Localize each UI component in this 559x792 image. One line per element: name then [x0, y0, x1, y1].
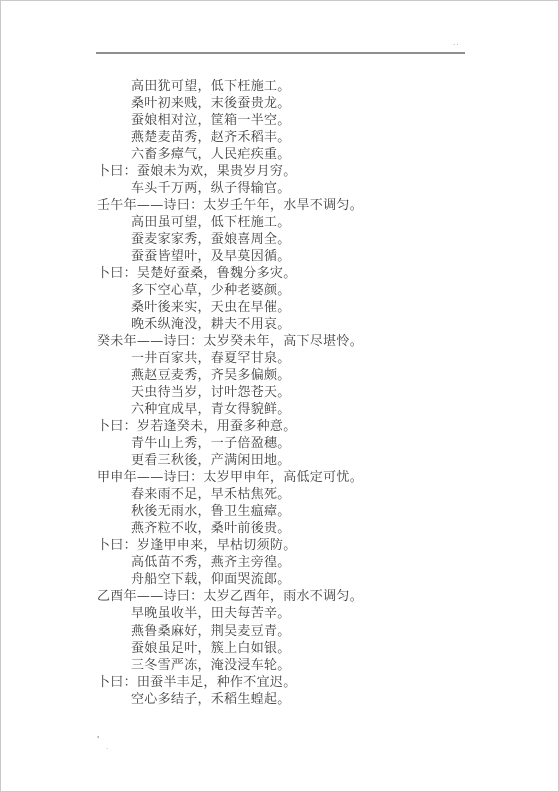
poem-line: 卜曰：吴楚好蚕桑，鲁魏分多灾。	[1, 265, 558, 282]
poem-line: 蚕麦家家秀，蚕娘喜周全。	[1, 231, 558, 248]
poem-line: 卜曰：田蚕半丰足，种作不宜迟。	[1, 674, 558, 691]
poem-line: 高田虽可望，低下枉施工。	[1, 214, 558, 231]
footer-mark: '	[97, 735, 99, 744]
poem-line: 车头千万两，纵子得输官。	[1, 180, 558, 197]
poem-line: 更看三秋後，产满闲田地。	[1, 452, 558, 469]
poem-line: 高田犹可望，低下枉施工。	[1, 78, 558, 95]
poem-line: 甲申年——诗曰：太岁甲申年，高低定可忧。	[1, 469, 558, 486]
header-page-mark: ..	[453, 39, 459, 47]
poem-line: 早晚虽收半，田夫每苦辛。	[1, 605, 558, 622]
poem-line: 卜曰：岁逢甲申来，早枯切须防。	[1, 537, 558, 554]
poem-line: 六种宜成早，青女得貌鲜。	[1, 401, 558, 418]
poem-line: 三冬雪严冻，淹没浸车轮。	[1, 657, 558, 674]
poem-line: 卜曰：蚕娘未为欢，果贵岁月穷。	[1, 163, 558, 180]
poem-line: 青牛山上秀，一子倍盈穗。	[1, 435, 558, 452]
poem-line: 蚕娘相对泣，筐箱一半空。	[1, 112, 558, 129]
poem-line: 空心多结子，禾稻生蝗起。	[1, 691, 558, 708]
poem-line: 蚕蚕皆望叶，及早莫因循。	[1, 248, 558, 265]
poem-line: 秋後无雨水，鲁卫生瘟瘴。	[1, 503, 558, 520]
poem-line: 燕楚麦苗秀，赵齐禾稻丰。	[1, 129, 558, 146]
poem-line: 蚕娘虽足叶，簇上白如银。	[1, 640, 558, 657]
poem-line: 燕齐粒不收，桑叶前後贵。	[1, 520, 558, 537]
poem-line: 六畜多瘴气，人民疟疾重。	[1, 146, 558, 163]
poem-line: 高低苗不秀，燕齐主旁徨。	[1, 554, 558, 571]
poem-line: 卜曰：岁若逢癸未，用蚕多种意。	[1, 418, 558, 435]
poem-line: 癸未年——诗曰：太岁癸未年，高下尽堪怜。	[1, 333, 558, 350]
poem-line: 桑叶後来实，天虫在早催。	[1, 299, 558, 316]
document-page: .. 高田犹可望，低下枉施工。桑叶初来贱，末後蚕贵龙。蚕娘相对泣，筐箱一半空。燕…	[0, 0, 559, 792]
poem-line: 晚禾纵淹没，耕夫不用哀。	[1, 316, 558, 333]
poem-line: 一井百家共，春夏罕甘泉。	[1, 350, 558, 367]
poem-line: 燕鲁桑麻好，荆吴麦豆青。	[1, 623, 558, 640]
footer-mark: .	[106, 743, 108, 751]
poem-line: 多下空心草，少种老婆颜。	[1, 282, 558, 299]
header-rule	[96, 52, 465, 54]
poem-text-block: 高田犹可望，低下枉施工。桑叶初来贱，末後蚕贵龙。蚕娘相对泣，筐箱一半空。燕楚麦苗…	[1, 78, 558, 708]
poem-line: 燕赵豆麦秀，齐吴多偏颇。	[1, 367, 558, 384]
poem-line: 桑叶初来贱，末後蚕贵龙。	[1, 95, 558, 112]
poem-line: 舟船空下载，仰面哭流郎。	[1, 571, 558, 588]
poem-line: 壬午年——诗曰：太岁壬午年，水旱不调匀。	[1, 197, 558, 214]
poem-line: 乙酉年——诗曰：太岁乙酉年，雨水不调匀。	[1, 588, 558, 605]
poem-line: 天虫待当岁，讨叶怨苍天。	[1, 384, 558, 401]
poem-line: 春来雨不足，早禾枯焦死。	[1, 486, 558, 503]
